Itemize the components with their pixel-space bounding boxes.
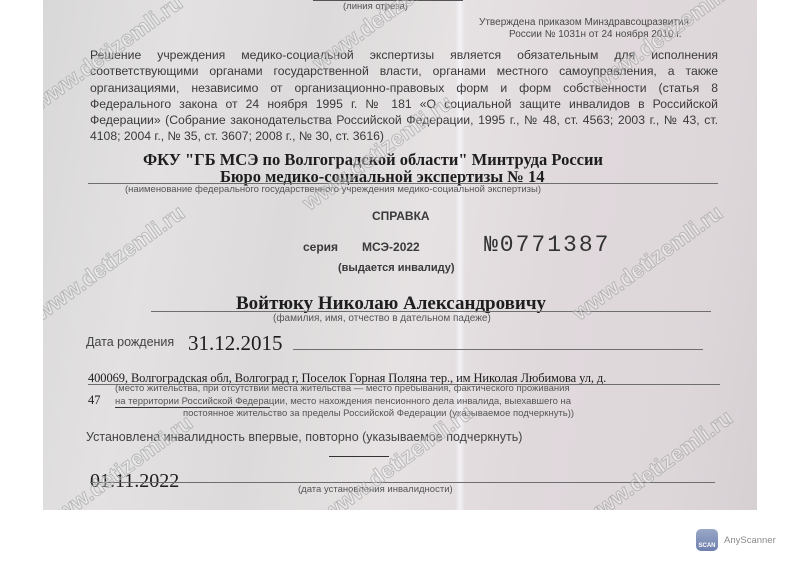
scanner-app-label: AnyScanner bbox=[724, 535, 776, 546]
legal-paragraph: Решение учреждения медико-социальной экс… bbox=[90, 47, 718, 145]
address-caption-3: постоянное жительство за пределы Российс… bbox=[183, 408, 574, 419]
birth-date-label: Дата рождения bbox=[86, 335, 174, 349]
cut-line-label: (линия отреза) bbox=[343, 1, 408, 12]
certificate-title: СПРАВКА bbox=[372, 209, 430, 223]
watermark: www.detizemli.ru bbox=[578, 405, 738, 510]
disability-date-underline bbox=[90, 482, 715, 483]
disability-established-text: Установлена инвалидность впервые, повтор… bbox=[86, 430, 522, 444]
watermark: www.detizemli.ru bbox=[43, 200, 190, 326]
address-caption-1: (место жительства, при отсутствии места … bbox=[115, 383, 570, 394]
address-caption-2: на территории Российской Федерации, мест… bbox=[115, 396, 571, 407]
recipient-caption: (фамилия, имя, отчество в дательном паде… bbox=[273, 313, 491, 324]
approval-line-2: России № 1031н от 24 ноября 2010 г. bbox=[509, 29, 682, 40]
watermark: www.detizemli.ru bbox=[568, 200, 728, 326]
birth-date-value: 31.12.2015 bbox=[188, 331, 283, 356]
series-label: серия bbox=[303, 240, 338, 254]
institution-caption: (наименование федерального государственн… bbox=[125, 184, 541, 195]
recipient-underline bbox=[151, 311, 711, 312]
birth-date-underline bbox=[293, 349, 703, 350]
disability-date-caption: (дата установления инвалидности) bbox=[298, 484, 453, 495]
watermark: www.detizemli.ru bbox=[43, 410, 198, 510]
series-value: МСЭ-2022 bbox=[362, 240, 420, 254]
approval-line-1: Утверждена приказом Минздравсоцразвития bbox=[479, 17, 689, 28]
disability-choice-underline bbox=[329, 456, 389, 457]
scanner-app-badge: SCAN AnyScanner bbox=[696, 529, 776, 551]
issued-to-note: (выдается инвалиду) bbox=[338, 262, 455, 274]
document-page: (линия отреза) Утверждена приказом Минзд… bbox=[43, 0, 757, 510]
address-line-2: 47 bbox=[88, 393, 101, 408]
scanner-app-icon: SCAN bbox=[696, 529, 718, 551]
certificate-number: №0771387 bbox=[484, 232, 610, 258]
